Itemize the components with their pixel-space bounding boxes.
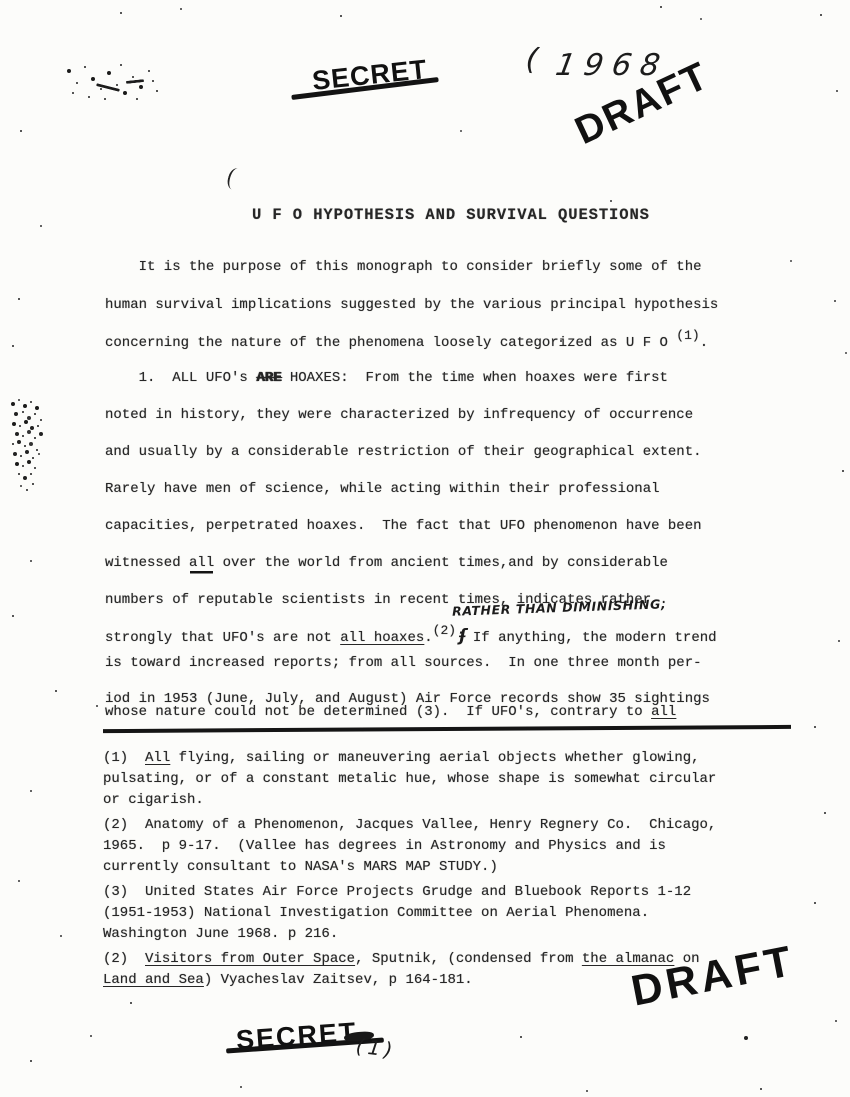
noise-specks	[0, 0, 2, 2]
noise-speck-cluster	[60, 60, 62, 62]
text-line: pulsating, or of a constant metalic hue,…	[103, 769, 803, 790]
text-line: noted in history, they were characterize…	[105, 397, 717, 434]
ink-speckle-blob	[10, 395, 12, 397]
footnote-1: (1) All flying, sailing or maneuvering a…	[103, 748, 803, 811]
text-line: 1. ALL UFO's ARE HOAXES: From the time w…	[105, 360, 717, 397]
text-line: Washington June 1968. p 216.	[103, 924, 803, 945]
document-title: U F O HYPOTHESIS AND SURVIVAL QUESTIONS	[252, 206, 650, 224]
text-line: whose nature could not be determined (3)…	[105, 701, 676, 723]
footnote-2: (2) Anatomy of a Phenomenon, Jacques Val…	[103, 815, 803, 878]
text-line: Rarely have men of science, while acting…	[105, 471, 717, 508]
text-line: (2) Anatomy of a Phenomenon, Jacques Val…	[103, 815, 803, 836]
footnote-3: (3) United States Air Force Projects Gru…	[103, 882, 803, 945]
text-line: (1951-1953) National Investigation Commi…	[103, 903, 803, 924]
handwritten-caret-mark: ʄ	[459, 626, 466, 646]
text-line: concerning the nature of the phenomena l…	[105, 324, 718, 362]
paragraph-hoaxes-c: whose nature could not be determined (3)…	[105, 701, 676, 723]
text-line: currently consultant to NASA's MARS MAP …	[103, 857, 803, 878]
pen-scribble	[96, 83, 120, 92]
text-line: capacities, perpetrated hoaxes. The fact…	[105, 508, 717, 545]
text-line: and usually by a considerable restrictio…	[105, 434, 717, 471]
text-line: (1) All flying, sailing or maneuvering a…	[103, 748, 803, 769]
pen-mark	[225, 166, 245, 191]
text-line: or cigarish.	[103, 790, 803, 811]
handwritten-paren: (	[524, 41, 539, 77]
text-line: is toward increased reports; from all so…	[105, 645, 710, 681]
text-line: It is the purpose of this monograph to c…	[105, 248, 718, 286]
paragraph-intro: It is the purpose of this monograph to c…	[105, 248, 718, 362]
footnote-separator-line	[103, 725, 791, 733]
pen-scribble	[126, 79, 144, 84]
handwritten-page-number: (1)	[355, 1034, 398, 1063]
text-line: 1965. p 9-17. (Vallee has degrees in Ast…	[103, 836, 803, 857]
document-page: SECRET ( 1968 DRAFT U F O HYPOTHESIS AND…	[0, 0, 850, 1097]
text-line: (3) United States Air Force Projects Gru…	[103, 882, 803, 903]
text-line: human survival implications suggested by…	[105, 286, 718, 324]
text-line: witnessed all over the world from ancien…	[105, 545, 717, 582]
